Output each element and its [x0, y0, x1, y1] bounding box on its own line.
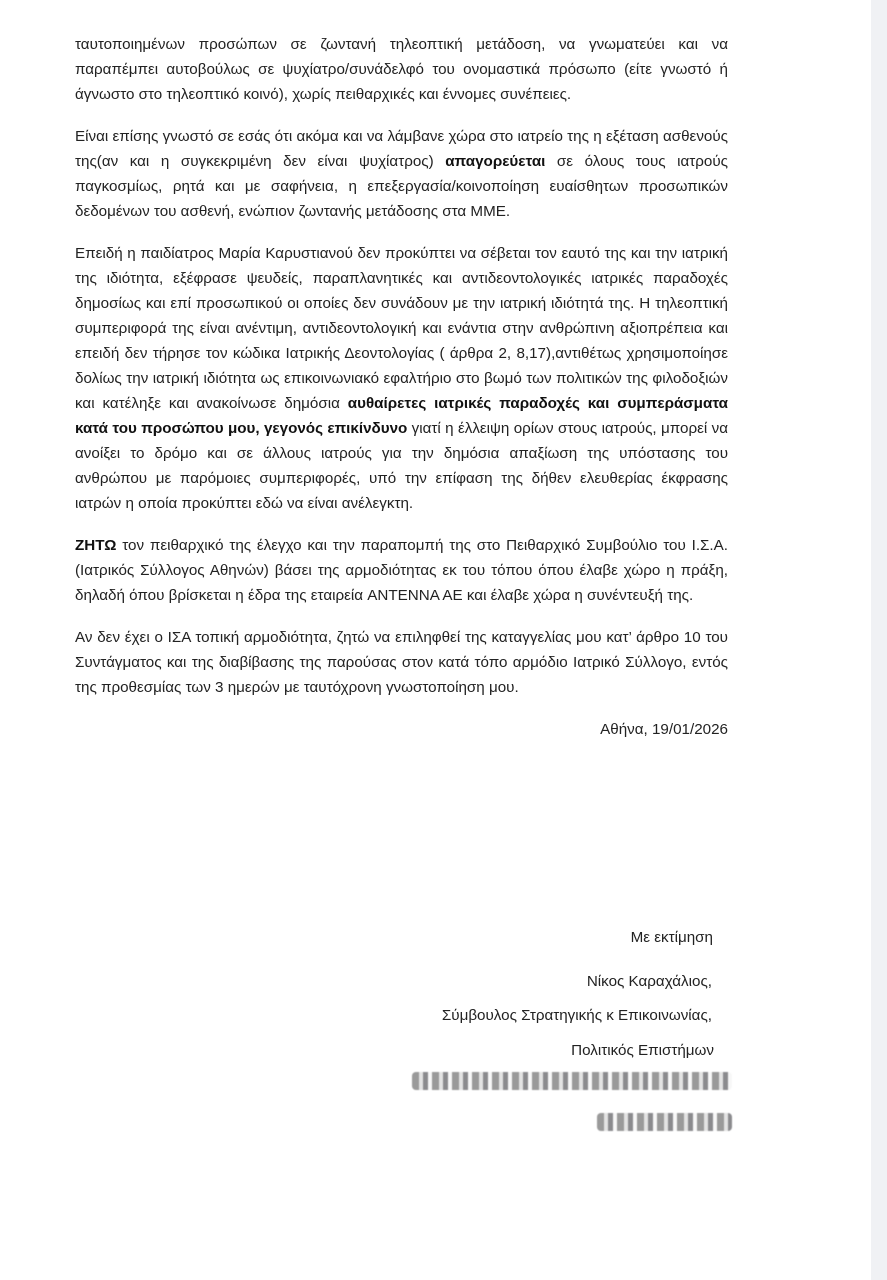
signature-title: Σύμβουλος Στρατηγικής κ Επικοινωνίας,	[442, 1003, 712, 1028]
redacted-contact-line-1	[412, 1072, 732, 1090]
paragraph: Αν δεν έχει ο ΙΣΑ τοπική αρμοδιότητα, ζη…	[75, 625, 728, 700]
redacted-contact-line-2	[597, 1113, 732, 1131]
paragraph: Είναι επίσης γνωστό σε εσάς ότι ακόμα κα…	[75, 124, 728, 224]
paragraph: ταυτοποιημένων προσώπων σε ζωντανή τηλεο…	[75, 32, 728, 107]
letter-body: ταυτοποιημένων προσώπων σε ζωντανή τηλεο…	[75, 32, 728, 742]
emphasized-text: ΖΗΤΩ	[75, 537, 116, 554]
signature-name: Νίκος Καραχάλιος,	[587, 969, 712, 994]
document-page: ταυτοποιημένων προσώπων σε ζωντανή τηλεο…	[0, 0, 871, 1280]
paragraph-text: Επειδή η παιδίατρος Μαρία Καρυστιανού δε…	[75, 245, 728, 412]
paragraph-text: Αν δεν έχει ο ΙΣΑ τοπική αρμοδιότητα, ζη…	[75, 629, 728, 696]
paragraph-text: τον πειθαρχικό της έλεγχο και την παραπο…	[75, 537, 728, 604]
paragraph: ΖΗΤΩ τον πειθαρχικό της έλεγχο και την π…	[75, 533, 728, 608]
date-line: Αθήνα, 19/01/2026	[75, 717, 728, 742]
signature-profession: Πολιτικός Επιστήμων	[571, 1038, 714, 1063]
emphasized-text: απαγορεύεται	[445, 153, 545, 170]
paragraph: Επειδή η παιδίατρος Μαρία Καρυστιανού δε…	[75, 241, 728, 516]
paragraph-text: ταυτοποιημένων προσώπων σε ζωντανή τηλεο…	[75, 36, 728, 103]
paragraphs-container: ταυτοποιημένων προσώπων σε ζωντανή τηλεο…	[75, 32, 728, 700]
signature-closing: Με εκτίμηση	[631, 925, 713, 950]
